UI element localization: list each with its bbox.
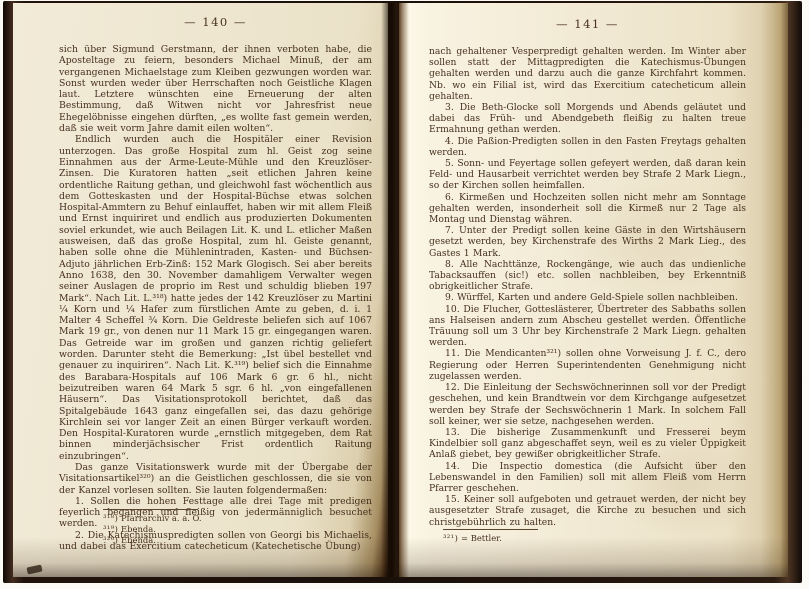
page-number-right: — 141 — <box>429 17 746 31</box>
right-page-text: — 141 — nach gehaltener Vesperpredigt ge… <box>429 17 746 528</box>
footnote-rule <box>443 529 538 530</box>
paragraph: 7. Unter der Predigt sollen keine Gäste … <box>429 225 746 259</box>
footnotes-left: ³¹⁸) Pfarrarchiv a. a. O. ³¹⁹) Ebenda. ³… <box>103 509 368 546</box>
footnote-rule <box>103 509 198 510</box>
footnote-text: Pfarrarchiv a. a. O. <box>121 513 202 523</box>
paragraph: 8. Alle Nachttänze, Rockengänge, wie auc… <box>429 259 746 293</box>
footnote: ³²⁰) Ebenda. <box>103 535 368 546</box>
paragraph: 10. Die Flucher, Gotteslästerer, Übertre… <box>429 304 746 349</box>
footnote-number: ³¹⁹) <box>103 524 118 534</box>
paragraph: 11. Die Mendicanten³²¹) sollen ohne Vorw… <box>429 348 746 382</box>
page-number-left: — 140 — <box>59 15 372 29</box>
paragraph: 9. Würffel, Karten und andere Geld-Spiel… <box>429 292 746 303</box>
footnote-number: ³²¹) <box>443 533 458 543</box>
paragraph: 5. Sonn- und Feyertage sollen gefeyert w… <box>429 158 746 192</box>
paragraph: 13. Die bisherige Zusammenkunft und Fres… <box>429 427 746 461</box>
paragraph: 15. Keiner soll aufgeboten und getrauet … <box>429 494 746 528</box>
footnotes-right: ³²¹) = Bettler. <box>443 529 703 544</box>
left-page-text: — 140 — sich über Sigmund Gerstmann, der… <box>59 15 372 552</box>
paragraph: 12. Die Einleitung der Sechswöchnerinnen… <box>429 382 746 427</box>
book-scan: — 140 — sich über Sigmund Gerstmann, der… <box>0 0 809 589</box>
footnote: ³¹⁸) Pfarrarchiv a. a. O. <box>103 513 368 524</box>
footnote-text: = Bettler. <box>461 533 502 543</box>
footnote: ³¹⁹) Ebenda. <box>103 524 368 535</box>
paragraph: Endlich wurden auch die Hospitäler einer… <box>59 134 372 462</box>
paragraph: 3. Die Beth-Glocke soll Morgends und Abe… <box>429 102 746 136</box>
paragraph: 14. Die Inspectio domestica (die Aufsich… <box>429 461 746 495</box>
footnote-text: Ebenda. <box>121 535 156 545</box>
paragraph: sich über Sigmund Gerstmann, der ihnen v… <box>59 44 372 134</box>
footnote-number: ³²⁰) <box>103 535 118 545</box>
paragraph: 4. Die Paßion-Predigten sollen in den Fa… <box>429 136 746 158</box>
footnote-number: ³¹⁸) <box>103 513 118 523</box>
paragraph: 6. Kirmeßen und Hochzeiten sollen nicht … <box>429 192 746 226</box>
footnote: ³²¹) = Bettler. <box>443 533 703 544</box>
footnote-text: Ebenda. <box>121 524 156 534</box>
paragraph: Das ganze Visitationswerk wurde mit der … <box>59 462 372 496</box>
paragraph: nach gehaltener Vesperpredigt gehalten w… <box>429 46 746 102</box>
